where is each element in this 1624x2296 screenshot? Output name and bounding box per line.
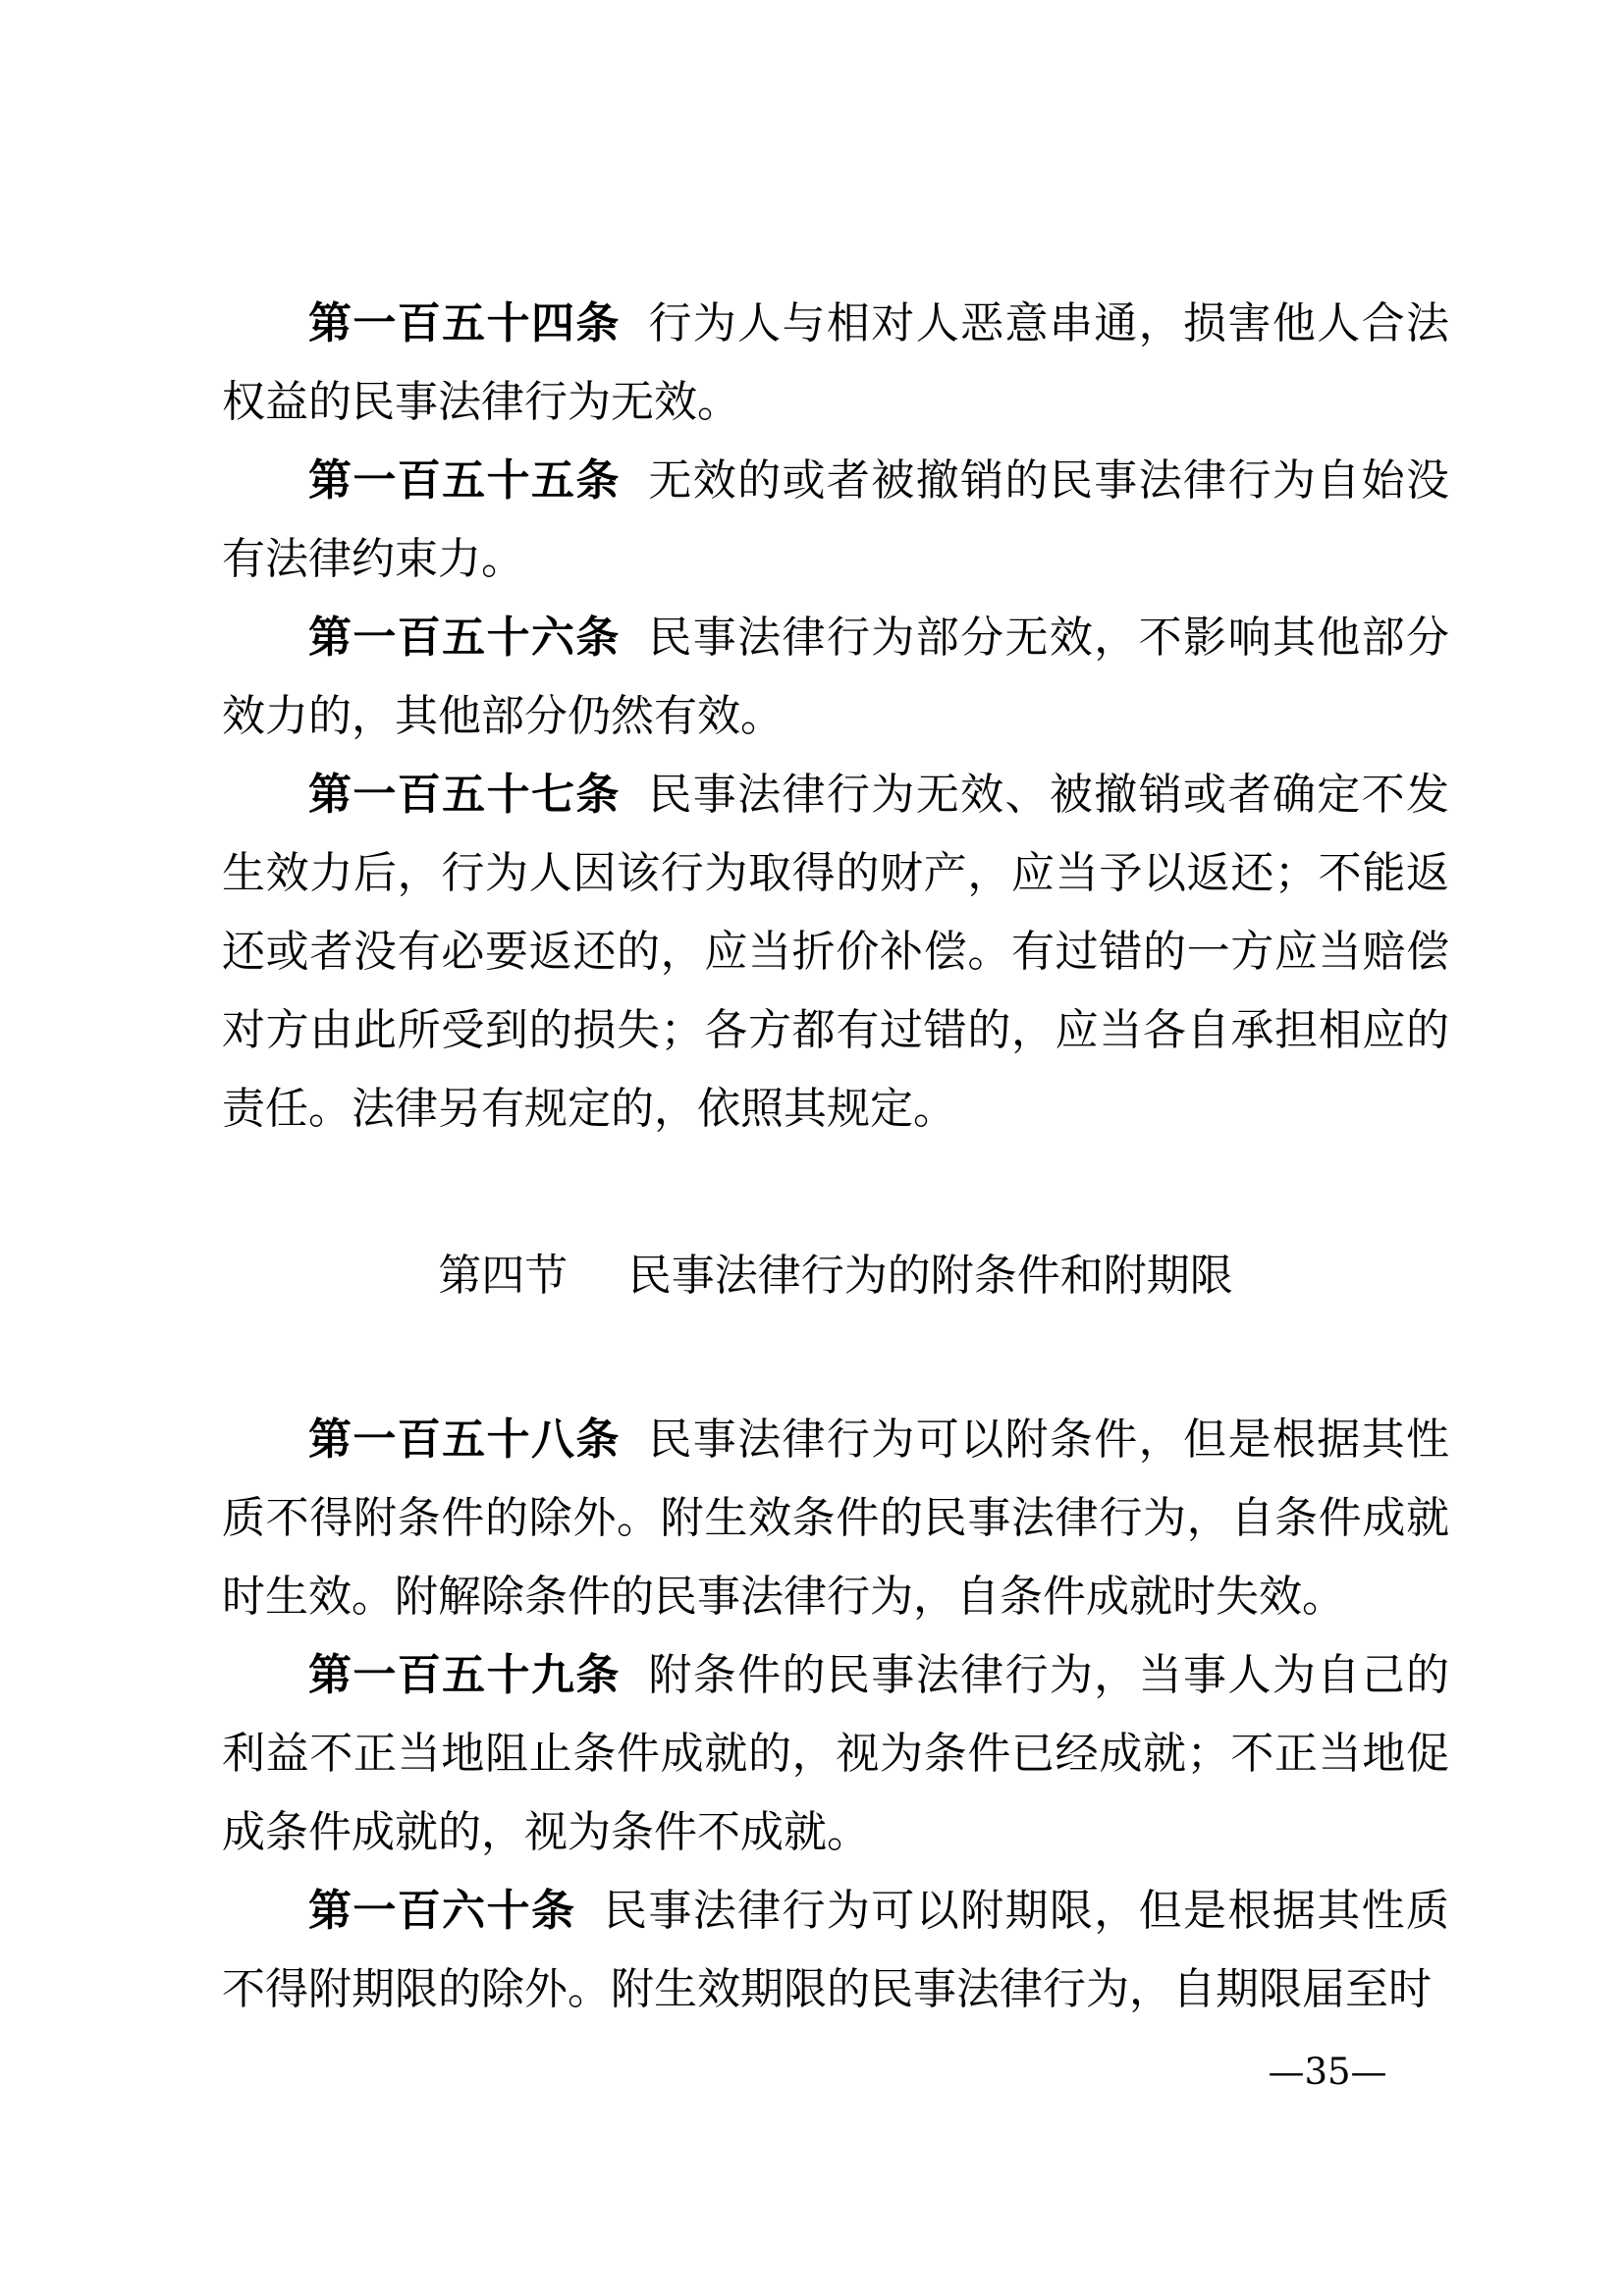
section-header-label: 第四节	[438, 1251, 568, 1301]
article-157-number: 第一百五十七条	[308, 770, 621, 820]
article-156: 第一百五十六条民事法律行为部分无效，不影响其他部分效力的，其他部分仍然有效。	[222, 599, 1449, 756]
article-159: 第一百五十九条附条件的民事法律行为，当事人为自己的利益不正当地阻止条件成就的，视…	[222, 1636, 1449, 1872]
article-160: 第一百六十条民事法律行为可以附期限，但是根据其性质不得附期限的除外。附生效期限的…	[222, 1872, 1449, 2029]
article-155: 第一百五十五条无效的或者被撤销的民事法律行为自始没有法律约束力。	[222, 442, 1449, 599]
article-157-text: 民事法律行为无效、被撤销或者确定不发生效力后，行为人因该行为取得的财产，应当予以…	[222, 770, 1449, 1134]
article-160-number: 第一百六十条	[308, 1886, 575, 1936]
article-156-number: 第一百五十六条	[308, 613, 621, 663]
article-155-number: 第一百五十五条	[308, 455, 621, 506]
section-header: 第四节民事法律行为的附条件和附期限	[222, 1237, 1449, 1315]
article-154-number: 第一百五十四条	[308, 298, 621, 348]
article-159-number: 第一百五十九条	[308, 1650, 621, 1700]
articles-block-bottom: 第一百五十八条民事法律行为可以附条件，但是根据其性质不得附条件的除外。附生效条件…	[222, 1401, 1449, 2029]
section-header-title: 民事法律行为的附条件和附期限	[628, 1251, 1233, 1301]
article-158: 第一百五十八条民事法律行为可以附条件，但是根据其性质不得附条件的除外。附生效条件…	[222, 1401, 1449, 1636]
article-154: 第一百五十四条行为人与相对人恶意串通，损害他人合法权益的民事法律行为无效。	[222, 285, 1449, 442]
page-number: —35—	[1224, 2052, 1431, 2093]
document-page: 第一百五十四条行为人与相对人恶意串通，损害他人合法权益的民事法律行为无效。 第一…	[0, 0, 1624, 2296]
article-157: 第一百五十七条民事法律行为无效、被撤销或者确定不发生效力后，行为人因该行为取得的…	[222, 756, 1449, 1148]
articles-block-top: 第一百五十四条行为人与相对人恶意串通，损害他人合法权益的民事法律行为无效。 第一…	[222, 285, 1449, 1148]
article-158-number: 第一百五十八条	[308, 1415, 621, 1465]
